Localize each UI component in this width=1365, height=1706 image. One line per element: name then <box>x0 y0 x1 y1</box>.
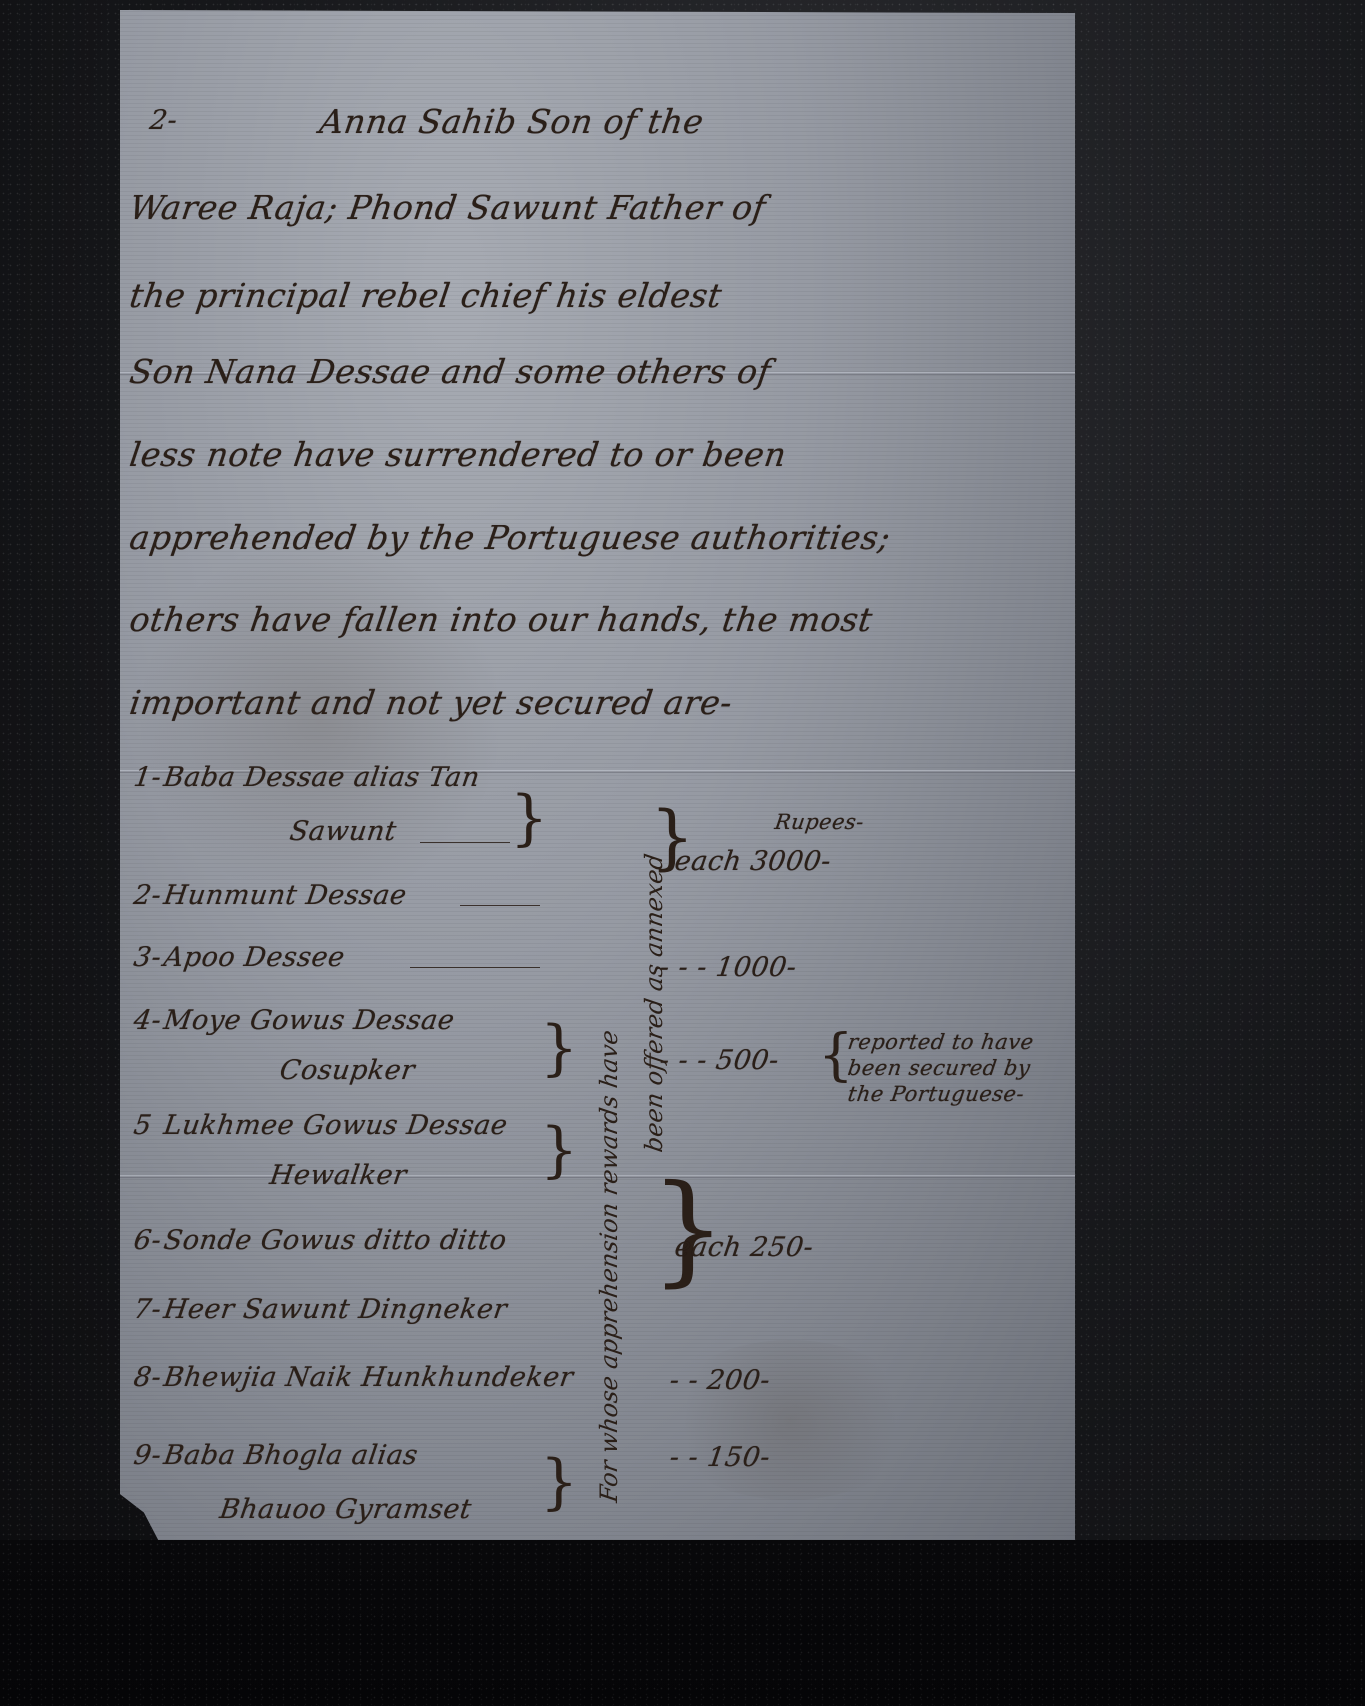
margin-note-line: been secured by <box>846 1056 1032 1080</box>
page-number: 2- <box>148 105 180 136</box>
list-item-number: 5 <box>132 1110 154 1141</box>
reward-amount: - - - 1000- <box>658 952 799 983</box>
list-item-name: Baba Dessae alias Tan <box>162 762 482 793</box>
leader-line <box>410 967 540 968</box>
vertical-note: been offered as annexed <box>640 852 668 1154</box>
bracket: } <box>540 1120 578 1180</box>
leader-line <box>460 905 540 906</box>
leader-line <box>420 842 510 843</box>
reward-amount: each 250- <box>673 1232 816 1263</box>
body-line: others have fallen into our hands, the m… <box>127 600 875 639</box>
list-item-name: Bhewjia Naik Hunkhundeker <box>162 1362 576 1393</box>
reward-amount: - - 200- <box>668 1365 772 1396</box>
list-item-continuation: Hewalker <box>268 1160 409 1191</box>
list-item-number: 9- <box>132 1440 164 1471</box>
list-item-name: Baba Bhogla alias <box>162 1440 420 1471</box>
cloth-texture <box>0 1540 1365 1706</box>
list-item-name: Lukhmee Gowus Dessae <box>162 1110 510 1141</box>
manuscript-page: 2- Anna Sahib Son of the Waree Raja; Pho… <box>120 10 1075 1540</box>
bracket: } <box>540 1452 578 1512</box>
body-line: the principal rebel chief his eldest <box>127 276 724 315</box>
body-line: Anna Sahib Son of the <box>317 102 706 141</box>
bracket: } <box>540 1018 578 1078</box>
list-item-name: Apoo Dessee <box>162 942 347 973</box>
list-item-number: 8- <box>132 1362 164 1393</box>
bracket: } <box>510 788 548 848</box>
body-line: Son Nana Dessae and some others of <box>127 352 773 391</box>
list-item-name: Sonde Gowus ditto ditto <box>162 1225 509 1256</box>
reward-amount: - - - 500- <box>658 1045 781 1076</box>
list-item-number: 4- <box>132 1005 164 1036</box>
background-cloth-bottom <box>0 1540 1365 1706</box>
reward-amount: each 3000- <box>673 846 833 877</box>
body-line: apprehended by the Portuguese authoritie… <box>127 518 893 557</box>
body-line: less note have surrendered to or been <box>127 435 789 474</box>
list-item-number: 6- <box>132 1225 164 1256</box>
list-item-name: Moye Gowus Dessae <box>162 1005 457 1036</box>
margin-note-line: the Portuguese- <box>846 1082 1026 1106</box>
list-item-continuation: Bhauoo Gyramset <box>218 1494 474 1525</box>
list-item-number: 2- <box>132 880 164 911</box>
margin-note-line: reported to have <box>846 1030 1035 1054</box>
paper-stain <box>660 1340 920 1500</box>
list-item-name: Hunmunt Dessae <box>162 880 409 911</box>
reward-amount: - - 150- <box>668 1442 772 1473</box>
list-item-continuation: Cosupker <box>278 1055 417 1086</box>
list-item-number: 7- <box>132 1294 164 1325</box>
rewards-header: Rupees- <box>773 810 865 834</box>
list-item-number: 3- <box>132 942 164 973</box>
body-line: Waree Raja; Phond Sawunt Father of <box>127 188 768 227</box>
body-line: important and not yet secured are- <box>127 683 735 722</box>
bracket: } <box>650 1170 726 1290</box>
list-item-number: 1- <box>132 762 164 793</box>
list-item-continuation: Sawunt <box>288 816 399 847</box>
list-item-name: Heer Sawunt Dingneker <box>162 1294 509 1325</box>
vertical-note: For whose apprehension rewards have <box>595 1028 623 1504</box>
